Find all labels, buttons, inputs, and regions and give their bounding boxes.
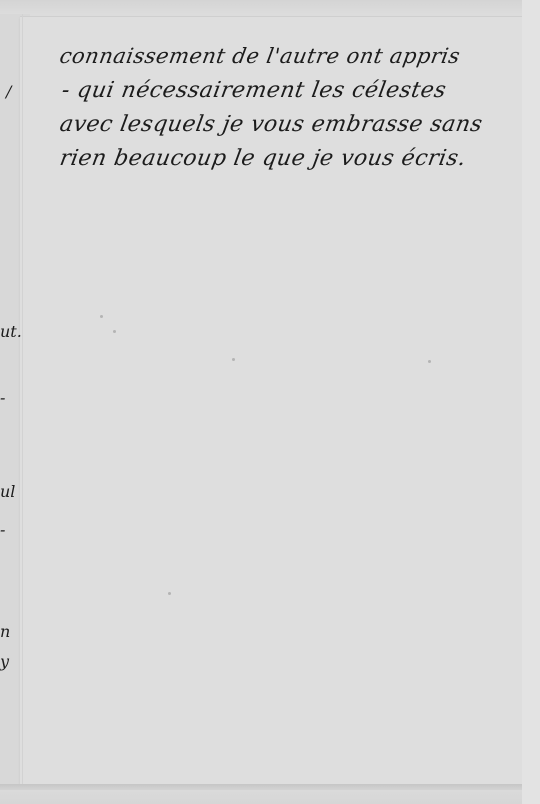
page-bottom-shadow	[0, 784, 522, 790]
left-edge-fragment: -	[0, 520, 5, 539]
left-edge-fragment: n	[0, 622, 10, 641]
handwritten-line-2: - qui nécessairement les célestes	[60, 78, 448, 103]
handwritten-line-1: connaissement de l'autre ont appris	[58, 44, 462, 68]
left-edge-fragment: ul	[0, 482, 15, 501]
left-edge-fragment: y	[0, 652, 9, 671]
handwritten-line-3: avec lesquels je vous embrasse sans	[58, 112, 485, 137]
handwritten-line-4: rien beaucoup le que je vous écris.	[58, 146, 468, 171]
paper-speck	[428, 360, 431, 363]
left-edge-fragment: ut.	[0, 322, 22, 341]
page-fold-line	[22, 14, 23, 790]
paper-speck	[100, 315, 103, 318]
paper-speck	[168, 592, 171, 595]
left-edge-fragment: /	[6, 82, 11, 101]
scan-right-margin	[522, 0, 540, 804]
paper-speck	[232, 358, 235, 361]
paper-speck	[113, 330, 116, 333]
left-edge-fragment: -	[0, 388, 5, 407]
